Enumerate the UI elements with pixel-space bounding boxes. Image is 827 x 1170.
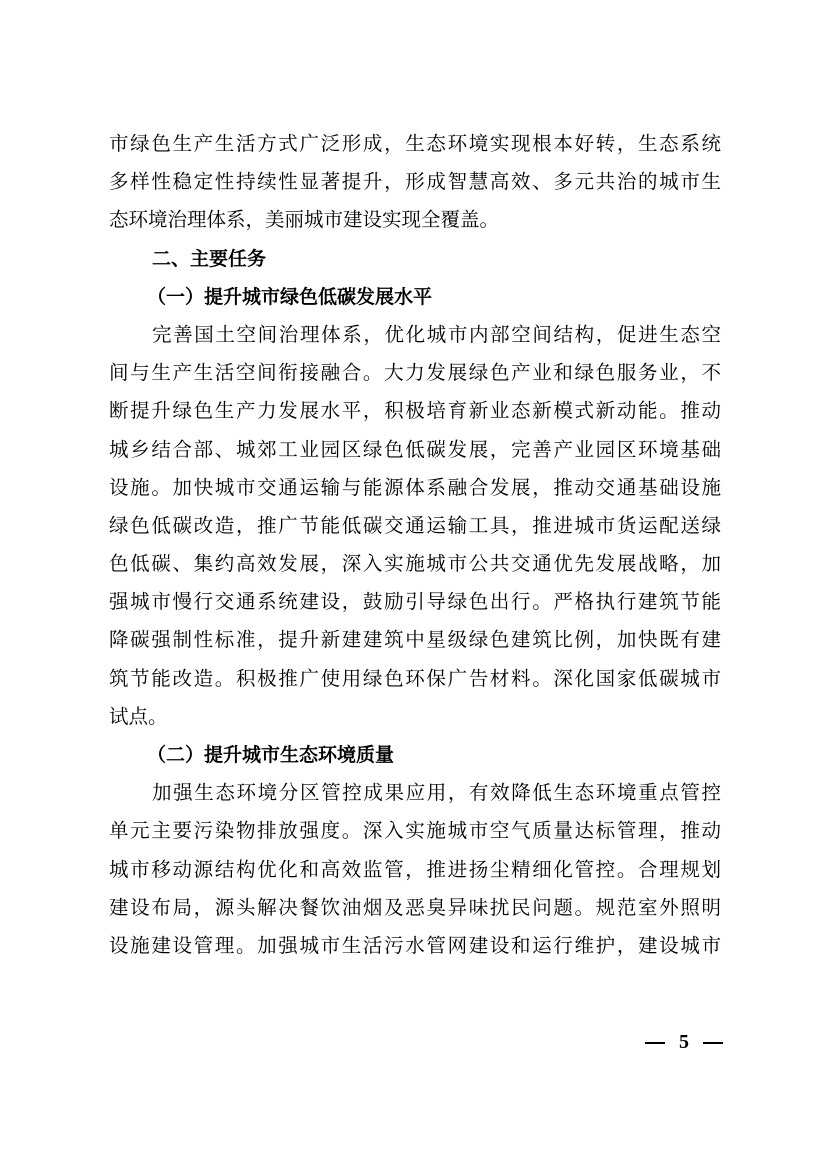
paragraph-line: 试点。 [109,698,721,736]
document-page: 市绿色生产生活方式广泛形成，生态环境实现根本好转，生态系统 多样性稳定性持续性显… [0,0,827,1170]
subsection-heading: （一）提升城市绿色低碳发展水平 [109,278,721,316]
paragraph-line: 多样性稳定性持续性显著提升，形成智慧高效、多元共治的城市生 [109,163,721,201]
paragraph-line: 市绿色生产生活方式广泛形成，生态环境实现根本好转，生态系统 [109,125,721,163]
subsection-heading: （二）提升城市生态环境质量 [109,736,721,774]
paragraph-line: 间与生产生活空间衔接融合。大力发展绿色产业和绿色服务业，不 [109,354,721,392]
paragraph-line: 色低碳、集约高效发展，深入实施城市公共交通优先发展战略，加 [109,545,721,583]
paragraph-line: 城乡结合部、城郊工业园区绿色低碳发展，完善产业园区环境基础 [109,431,721,469]
dash-right [703,1042,723,1044]
document-body: 市绿色生产生活方式广泛形成，生态环境实现根本好转，生态系统 多样性稳定性持续性显… [109,125,721,965]
paragraph-line: 强城市慢行交通系统建设，鼓励引导绿色出行。严格执行建筑节能 [109,583,721,621]
paragraph-line: 绿色低碳改造，推广节能低碳交通运输工具，推进城市货运配送绿 [109,507,721,545]
paragraph-line: 设施建设管理。加强城市生活污水管网建设和运行维护，建设城市 [109,927,721,965]
page-number-value: 5 [679,1031,689,1054]
paragraph-line: 设施。加快城市交通运输与能源体系融合发展，推动交通基础设施 [109,469,721,507]
section-heading: 二、主要任务 [109,240,721,278]
paragraph-line: 建设布局，源头解决餐饮油烟及恶臭异味扰民问题。规范室外照明 [109,889,721,927]
paragraph-line: 城市移动源结构优化和高效监管，推进扬尘精细化管控。合理规划 [109,851,721,889]
paragraph-line: 加强生态环境分区管控成果应用，有效降低生态环境重点管控 [109,774,721,812]
paragraph-line: 降碳强制性标准，提升新建建筑中星级绿色建筑比例，加快既有建 [109,621,721,659]
dash-left [645,1042,665,1044]
page-number: 5 [645,1031,723,1054]
paragraph-line: 态环境治理体系，美丽城市建设实现全覆盖。 [109,201,721,239]
paragraph-line: 单元主要污染物排放强度。深入实施城市空气质量达标管理，推动 [109,812,721,850]
paragraph-line: 断提升绿色生产力发展水平，积极培育新业态新模式新动能。推动 [109,392,721,430]
paragraph-line: 完善国土空间治理体系，优化城市内部空间结构，促进生态空 [109,316,721,354]
paragraph-line: 筑节能改造。积极推广使用绿色环保广告材料。深化国家低碳城市 [109,660,721,698]
